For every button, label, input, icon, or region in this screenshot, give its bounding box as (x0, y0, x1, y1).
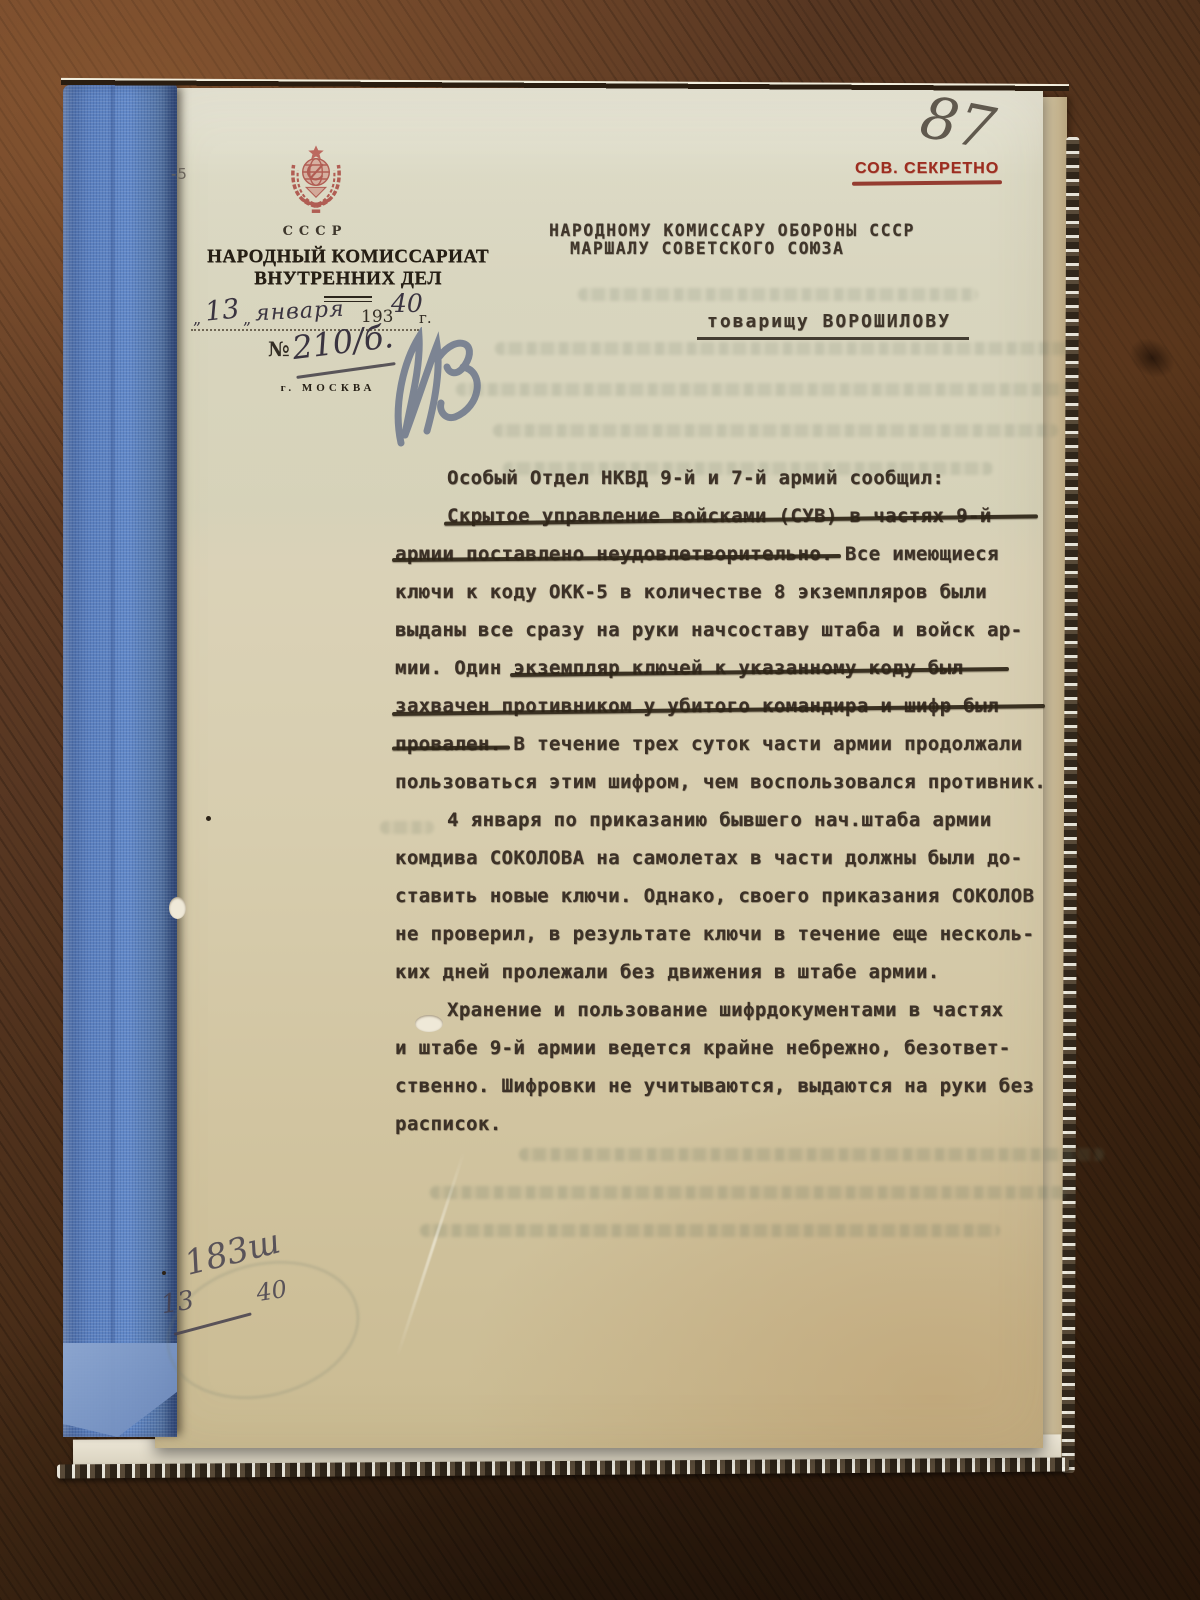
letterhead-city: г. МОСКВА (266, 382, 390, 394)
margin-pencil-note: -5 (171, 165, 188, 183)
photo-of-document: { "colors": { "classification_red": "#9c… (0, 0, 1200, 1600)
typed-line: захвачен противником у убитого командира… (395, 687, 1067, 725)
typed-line: ставить новые ключи. Однако, своего прик… (395, 877, 1067, 915)
number-sign: № (268, 337, 290, 361)
paper-speck (162, 1271, 166, 1275)
typed-line: пользоваться этим шифром, чем воспользов… (395, 763, 1067, 801)
addressee-underline (697, 337, 969, 340)
registry-day: 13 (159, 1285, 196, 1320)
typed-line: провален. В течение трех суток части арм… (395, 725, 1067, 763)
typed-line: Скрытое управление войсками (СУВ) в част… (395, 497, 1067, 535)
wood-knot (1122, 330, 1182, 386)
bleedthrough-line (519, 1148, 1104, 1161)
typed-body: Особый Отдел НКВД 9-й и 7-й армий сообщи… (395, 459, 1067, 1143)
typed-line: Хранение и пользование шифрдокументами в… (395, 991, 1067, 1029)
bleedthrough-line (456, 383, 1068, 396)
bleedthrough-line (430, 1186, 1070, 1199)
document-stack: -5 СССР НАРОДНЫЙ КОМИССАРИАТ ВНУТРЕННИХ … (63, 85, 1080, 1485)
typed-line: ких дней пролежали без движения в штабе … (395, 953, 1067, 991)
ussr-emblem (281, 135, 351, 223)
typed-line: ключи к коду ОКК-5 в количестве 8 экземп… (395, 573, 1067, 611)
typed-line: армии поставлено неудовлетворительно. Вс… (395, 535, 1067, 573)
addressee-line3: товарищу ВОРОШИЛОВУ (707, 311, 951, 332)
typed-line: и штабе 9-й армии ведется крайне небрежн… (395, 1029, 1067, 1067)
typed-line: выданы все сразу на руки начсоставу штаб… (395, 611, 1067, 649)
typed-line: 4 января по приказанию бывшего нач.штаба… (395, 801, 1067, 839)
letterhead-org-line1: НАРОДНЫЙ КОМИССАРИАТ (189, 246, 507, 268)
paper-speck (206, 816, 211, 821)
bleedthrough-line (495, 342, 1070, 355)
typed-line: комдива СОКОЛОВА на самолетах в части до… (395, 839, 1067, 877)
paper-hole (415, 1015, 443, 1032)
binding-crease (111, 85, 114, 1437)
handwritten-initials-scrawl (381, 327, 526, 457)
date-close-quote: „ (243, 309, 251, 328)
date-year-suffix: г. (419, 309, 432, 327)
typed-line: не проверил, в результате ключи в течени… (395, 915, 1067, 953)
date-open-quote: „ (193, 309, 201, 328)
emblem-caption: СССР (255, 224, 375, 239)
binding-fold-corner (63, 1343, 177, 1437)
registry-year: 40 (254, 1275, 289, 1307)
addressee-line1: НАРОДНОМУ КОМИССАРУ ОБОРОНЫ СССР (549, 221, 915, 240)
paper-chip (169, 897, 186, 919)
typed-line: мии. Один экземпляр ключей к указанному … (395, 649, 1067, 687)
date-day-handwritten: 13 (203, 293, 240, 327)
letterhead-org-line2: ВНУТРЕННИХ ДЕЛ (189, 268, 507, 290)
typed-line: Особый Отдел НКВД 9-й и 7-й армий сообщи… (395, 459, 1067, 497)
classification-stamp: СОВ. СЕКРЕТНО (855, 160, 999, 178)
bleedthrough-line (578, 288, 978, 301)
date-month-handwritten: января (254, 297, 345, 327)
handwritten-page-number: 87 (915, 83, 1000, 164)
typed-line: ственно. Шифровки не учитываются, выдают… (395, 1067, 1067, 1105)
bleedthrough-line (493, 424, 1058, 437)
typed-line: расписок. (395, 1105, 1067, 1143)
blue-binding-strip (63, 85, 177, 1437)
addressee-line2: МАРШАЛУ СОВЕТСКОГО СОЮЗА (570, 239, 844, 258)
bleedthrough-line (420, 1224, 1000, 1237)
